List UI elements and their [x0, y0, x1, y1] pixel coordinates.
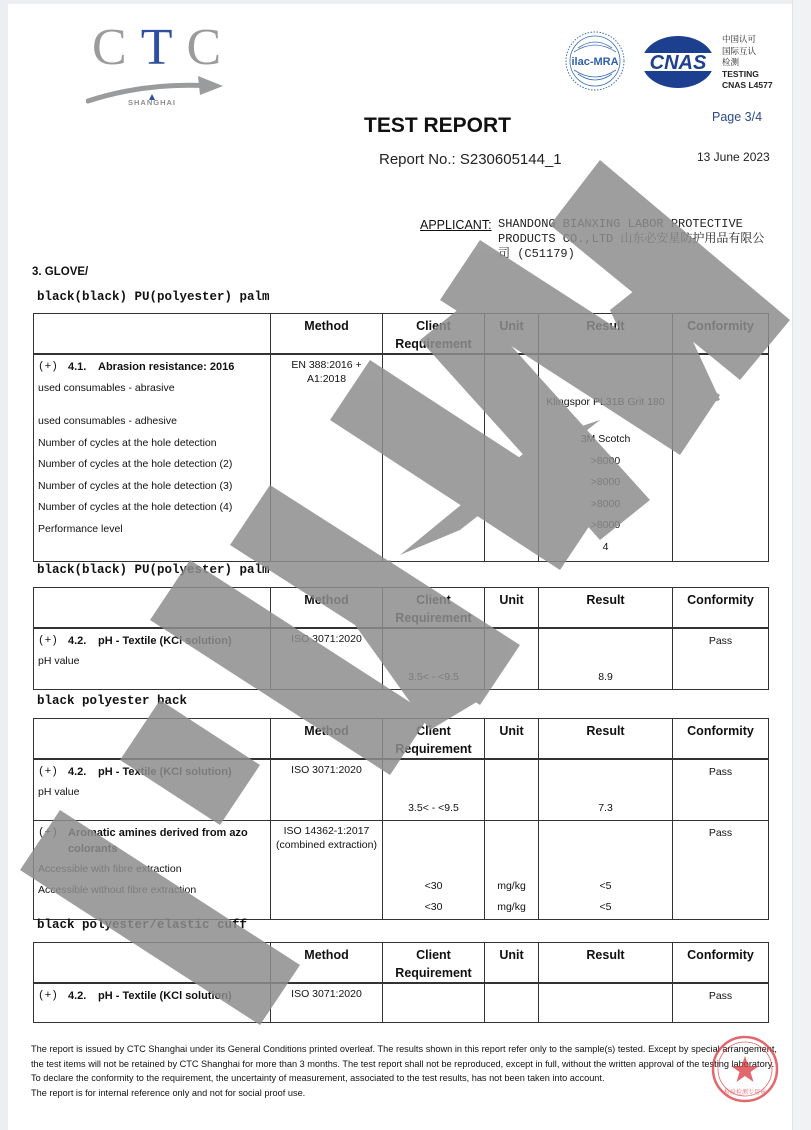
material-heading: black polyester back [37, 694, 187, 708]
test-item-number: 4.2. [68, 764, 98, 780]
column-header: Result [539, 314, 673, 355]
result-value: >8000 [539, 472, 672, 494]
client-requirement [383, 410, 484, 432]
conformity-value: Pass [673, 821, 768, 843]
test-item-marker: (+) [38, 359, 68, 375]
table-header-row: MethodClient RequirementUnitResultConfor… [34, 314, 769, 355]
test-item-marker: (+) [38, 633, 68, 649]
column-header: Client Requirement [383, 943, 485, 984]
parameter-label: Accessible without fibre extraction [34, 880, 270, 902]
column-header: Client Requirement [383, 719, 485, 760]
unit-value [485, 432, 538, 454]
test-item-heading: (+)4.2.pH - Textile (KCl solution) [34, 629, 270, 651]
parameter-label: used consumables - abrasive [34, 377, 270, 411]
test-item-name: pH - Textile (KCl solution) [98, 766, 232, 778]
table-row: (+)4.2.pH - Textile (KCl solution)ISO 30… [34, 983, 769, 1023]
table-row: (+)4.2.pH - Textile (KCl solution)pH val… [34, 628, 769, 689]
svg-text:ilac-MRA: ilac-MRA [571, 56, 618, 68]
conformity-value [673, 355, 768, 363]
column-header: Method [271, 943, 383, 984]
parameter-label: used consumables - adhesive [34, 411, 270, 433]
report-date: 13 June 2023 [697, 150, 770, 164]
test-item-heading: (+)4.2.pH - Textile (KCl solution) [34, 984, 270, 1006]
client-requirement: 3.5< - <9.5 [383, 667, 484, 689]
column-header: Client Requirement [383, 588, 485, 629]
official-stamp-icon: 检验检测专用章 [710, 1034, 780, 1104]
unit-value [485, 518, 538, 540]
unit-value [485, 453, 538, 475]
column-header: Conformity [673, 588, 769, 629]
unit-value [485, 475, 538, 497]
parameter-label: Number of cycles at the hole detection (… [34, 476, 270, 498]
client-requirement: <30 [383, 876, 484, 898]
result-value: 3M Scotch [539, 429, 672, 451]
unit-value [485, 539, 538, 561]
column-header: Result [539, 719, 673, 760]
test-method: ISO 3071:2020 [271, 984, 382, 1004]
column-header: Unit [485, 719, 539, 760]
client-requirement [383, 432, 484, 454]
test-item-number: 4.2. [68, 633, 98, 649]
table-header-row: MethodClient RequirementUnitResultConfor… [34, 588, 769, 629]
conformity-value: Pass [673, 984, 768, 1006]
parameter-label: pH value [34, 782, 270, 804]
table-row: (+)4.1.Abrasion resistance: 2016used con… [34, 354, 769, 561]
test-method: EN 388:2016 + A1:2018 [271, 355, 382, 389]
svg-text:检验检测专用章: 检验检测专用章 [724, 1088, 766, 1096]
test-item-name: Aromatic amines derived from azo coloran… [68, 827, 248, 855]
report-page: CTC SHANGHAI ilac-MRA CNAS 中国认可 国际互认 检测 … [8, 4, 793, 1130]
test-item-number: 4.2. [68, 988, 98, 1004]
client-requirement: <30 [383, 897, 484, 919]
test-method: ISO 14362-1:2017 (combined extraction) [271, 821, 382, 855]
client-requirement [383, 453, 484, 475]
table-row: (+)4.2.pH - Textile (KCl solution)pH val… [34, 759, 769, 820]
parameter-label: Number of cycles at the hole detection (… [34, 454, 270, 476]
material-heading: black(black) PU(polyester) palm [37, 290, 270, 304]
client-requirement [383, 518, 484, 540]
applicant-value: SHANDONG BIANXING LABOR PROTECTIVE PRODU… [498, 217, 768, 262]
column-header [34, 719, 271, 760]
ctc-logo: CTC SHANGHAI [86, 18, 231, 110]
parameter-label: Number of cycles at the hole detection (… [34, 497, 270, 519]
column-header [34, 314, 271, 355]
table-row: (+)Aromatic amines derived from azo colo… [34, 820, 769, 919]
parameter-label: Number of cycles at the hole detection [34, 433, 270, 455]
client-requirement [383, 539, 484, 561]
results-table: MethodClient RequirementUnitResultConfor… [33, 718, 769, 920]
table-header-row: MethodClient RequirementUnitResultConfor… [34, 943, 769, 984]
result-value: >8000 [539, 515, 672, 537]
test-item-heading: (+)Aromatic amines derived from azo colo… [34, 821, 270, 859]
test-item-name: pH - Textile (KCl solution) [98, 990, 232, 1002]
unit-value [485, 798, 538, 820]
conformity-value: Pass [673, 760, 768, 782]
result-value: 4 [539, 537, 672, 559]
result-value: >8000 [539, 494, 672, 516]
cnas-logo-icon: CNAS [640, 34, 716, 90]
result-value: >8000 [539, 451, 672, 473]
column-header: Method [271, 314, 383, 355]
report-number: Report No.: S230605144_1 [379, 151, 562, 168]
page-indicator: Page 3/4 [712, 110, 762, 124]
column-header: Conformity [673, 943, 769, 984]
ilac-mra-logo-icon: ilac-MRA [564, 30, 626, 92]
test-item-marker: (+) [38, 988, 68, 1004]
client-requirement [383, 475, 484, 497]
test-item-heading: (+)4.2.pH - Textile (KCl solution) [34, 760, 270, 782]
footer-paragraph: The report is for internal reference onl… [31, 1086, 777, 1101]
column-header: Result [539, 943, 673, 984]
client-requirement: 3.5< - <9.5 [383, 798, 484, 820]
test-item-name: pH - Textile (KCl solution) [98, 635, 232, 647]
test-method: ISO 3071:2020 [271, 760, 382, 780]
table-header-row: MethodClient RequirementUnitResultConfor… [34, 719, 769, 760]
test-item-name: Abrasion resistance: 2016 [98, 361, 234, 373]
scrollbar[interactable] [792, 0, 811, 1130]
column-header: Conformity [673, 314, 769, 355]
column-header: Method [271, 719, 383, 760]
unit-value: mg/kg [485, 897, 538, 919]
test-item-marker: (+) [38, 764, 68, 780]
results-table: MethodClient RequirementUnitResultConfor… [33, 942, 769, 1023]
result-value: 8.9 [539, 667, 672, 689]
unit-value [485, 667, 538, 689]
parameter-label: pH value [34, 651, 270, 673]
footer-paragraph: The report is issued by CTC Shanghai und… [31, 1042, 777, 1071]
cnas-accreditation-text: 中国认可 国际互认 检测 TESTING CNAS L4577 [722, 34, 773, 92]
column-header: Conformity [673, 719, 769, 760]
unit-value [485, 496, 538, 518]
result-value: Klingspor PL31B Grit 180 [539, 393, 672, 429]
unit-value: mg/kg [485, 876, 538, 898]
result-value: <5 [539, 876, 672, 898]
parameter-label: Performance level [34, 519, 270, 541]
results-table: MethodClient RequirementUnitResultConfor… [33, 587, 769, 690]
column-header: Method [271, 588, 383, 629]
column-header: Unit [485, 943, 539, 984]
material-heading: black(black) PU(polyester) palm [37, 563, 270, 577]
test-method: ISO 3071:2020 [271, 629, 382, 649]
material-heading: black polyester/elastic cuff [37, 918, 247, 932]
client-requirement [383, 496, 484, 518]
section-title: 3. GLOVE/ [32, 266, 88, 278]
column-header: Result [539, 588, 673, 629]
unit-value [485, 410, 538, 432]
test-item-number: 4.1. [68, 359, 98, 375]
test-item-marker: (+) [38, 825, 68, 857]
column-header: Unit [485, 314, 539, 355]
result-value: <5 [539, 897, 672, 919]
ctc-logo-city: SHANGHAI [128, 98, 176, 107]
test-item-heading: (+)4.1.Abrasion resistance: 2016 [34, 355, 270, 377]
results-table: MethodClient RequirementUnitResultConfor… [33, 313, 769, 562]
parameter-label: Accessible with fibre extraction [34, 859, 270, 881]
column-header: Client Requirement [383, 314, 485, 355]
applicant-label: APPLICANT: [420, 218, 492, 232]
conformity-value: Pass [673, 629, 768, 651]
column-header [34, 588, 271, 629]
svg-text:CNAS: CNAS [650, 52, 707, 74]
column-header [34, 943, 271, 984]
footer-disclaimer: The report is issued by CTC Shanghai und… [31, 1042, 777, 1101]
footer-paragraph: To declare the conformity to the require… [31, 1071, 777, 1086]
result-value: 7.3 [539, 798, 672, 820]
report-title: TEST REPORT [364, 114, 511, 138]
column-header: Unit [485, 588, 539, 629]
